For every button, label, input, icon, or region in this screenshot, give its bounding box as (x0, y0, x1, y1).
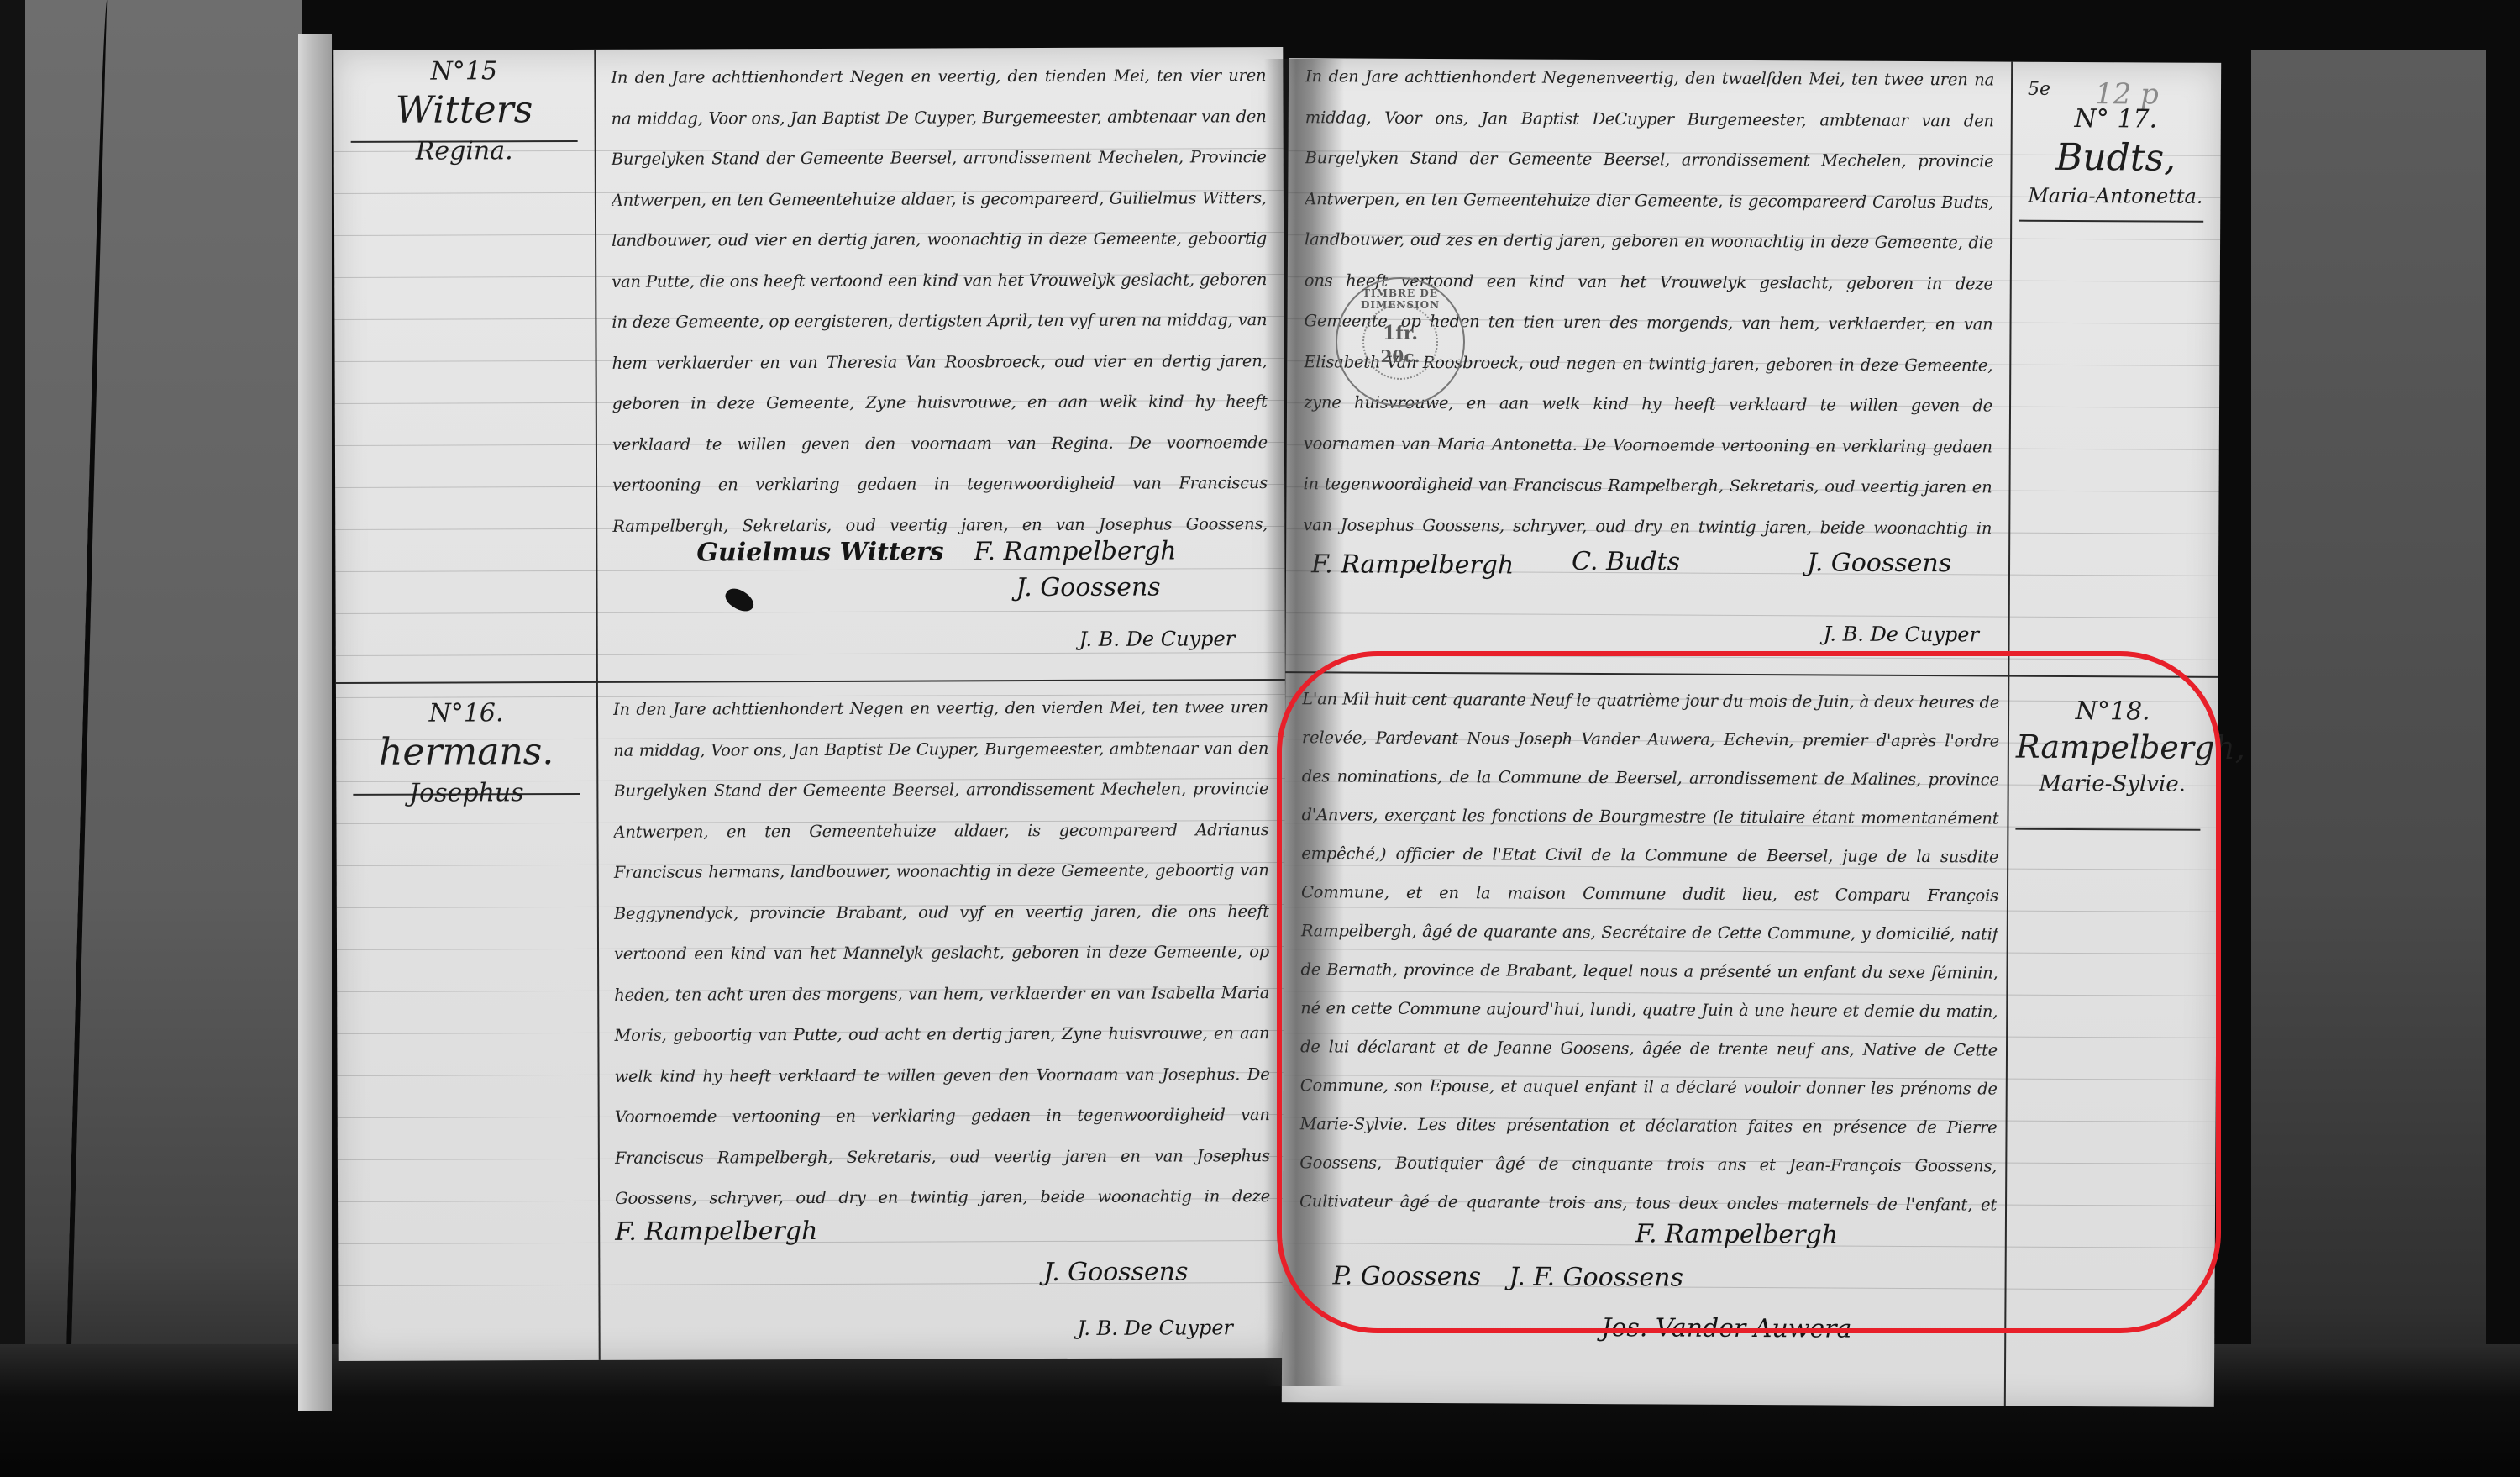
signature-mayor: J. B. De Cuyper (1078, 1316, 1234, 1340)
left-page: N°15 Witters Regina. In den Jare achttie… (333, 47, 1287, 1361)
book-cover-left (25, 0, 302, 1477)
page-stack-edge (298, 34, 332, 1411)
highlight-annotation (1277, 651, 2221, 1333)
stamp-value-centimes: 20c. (1337, 346, 1463, 366)
stamp-value-francs: 1fr. (1337, 323, 1463, 344)
revenue-stamp: TIMBRE DE DIMENSION 1fr. 20c. (1336, 277, 1465, 407)
signatures-16: F. Rampelbergh J. Goossens J. B. De Cuyp… (333, 47, 1287, 1361)
book-cover-right (2251, 50, 2486, 1445)
signature-witness-1: F. Rampelbergh (615, 1217, 817, 1247)
signature-witness-2: J. Goossens (1043, 1257, 1188, 1287)
